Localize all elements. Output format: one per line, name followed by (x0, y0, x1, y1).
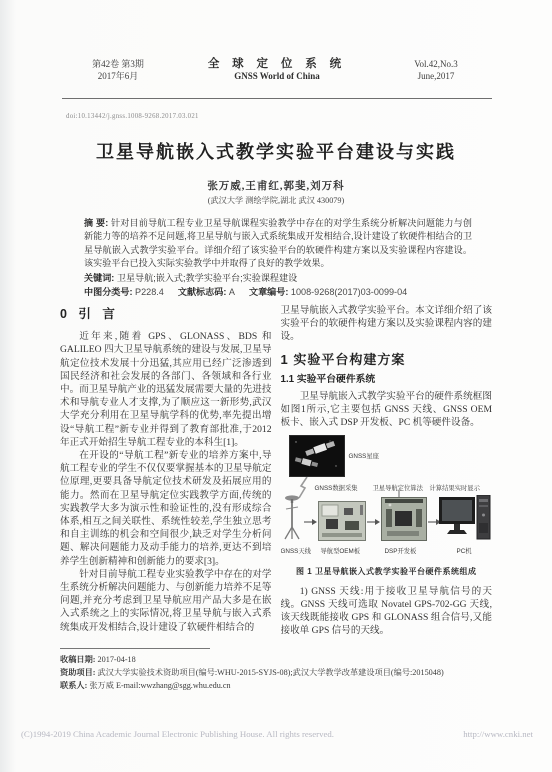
received-value: 2017-04-18 (98, 655, 136, 664)
arrow-antenna-to-oem (304, 518, 317, 526)
article-title: 卫星导航嵌入式教学实验平台建设与实践 (40, 138, 512, 164)
volume-issue-cn: 第42卷 第3期 (62, 58, 174, 70)
abstract-paragraph: 摘 要: 针对目前导航工程专业卫星导航课程实验教学中存在的对学生系统分析解决问题… (84, 217, 472, 271)
copyright-text: (C)1994-2019 China Academic Journal Elec… (21, 729, 334, 739)
device-label-oem: 导航型OEM板 (321, 545, 361, 558)
header-divider-rule (62, 98, 492, 99)
journal-name-en: GNSS World of China (174, 71, 380, 82)
funding-value: 武汉大学实验技术资助项目(编号:WHU-2015-SYJS-08);武汉大学教学… (98, 668, 444, 677)
keywords-label: 关键词: (84, 273, 114, 283)
abstract-label: 摘 要: (84, 218, 108, 228)
contact-label: 联系人: (60, 681, 87, 690)
gnss-constellation-photo (289, 435, 345, 477)
doc-code-pair: 文献标志码: A (178, 286, 235, 299)
page-footer: (C)1994-2019 China Academic Journal Elec… (21, 729, 533, 739)
volume-issue-en: Vol.42,No.3 (380, 58, 492, 70)
arrow-oem-to-dsp (367, 518, 380, 526)
funding-label: 资助项目: (60, 668, 95, 677)
contact-line: 联系人: 张万威 E-mail:wwzhang@sgg.whu.edu.cn (60, 679, 494, 692)
item-1-paragraph: 1) GNSS 天线:用于接收卫星导航信号的天线。GNSS 天线可选取 Nova… (281, 585, 493, 638)
article-affiliation: (武汉大学 测绘学院,湖北 武汉 430079) (40, 195, 512, 206)
flow-label-display: 计算结果实时显示 (430, 482, 480, 495)
header-volume-block: 第42卷 第3期 2017年6月 (62, 58, 174, 82)
clc-value: P228.4 (135, 287, 164, 297)
body-columns: 0 引 言 近年来,随着 GPS、GLONASS、BDS 和 GALILEO 四… (60, 304, 492, 646)
article-authors: 张万威,王甫红,郭斐,刘万科 (40, 178, 512, 193)
contact-value: 张万威 E-mail:wwzhang@sgg.whu.edu.cn (89, 681, 230, 690)
footnote-divider (60, 648, 210, 649)
date-en: June,2017 (380, 70, 492, 82)
article-no-label: 文章编号: (249, 287, 288, 297)
header-vol-en-block: Vol.42,No.3 June,2017 (380, 58, 492, 82)
doi-line: doi:10.13442/j.gnss.1008-9268.2017.03.02… (66, 113, 199, 120)
abstract-block: 摘 要: 针对目前导航工程专业卫星导航课程实验教学中存在的对学生系统分析解决问题… (84, 217, 472, 299)
intro-paragraph-3: 针对目前导航工程专业实验教学中存在的对学生系统分析解决问题能力、与创新能力培养不… (60, 568, 272, 634)
pc-image (439, 495, 491, 543)
left-column: 0 引 言 近年来,随着 GPS、GLONASS、BDS 和 GALILEO 四… (60, 304, 272, 646)
scanned-paper-page: 第42卷 第3期 2017年6月 全 球 定 位 系 统 GNSS World … (0, 0, 552, 772)
article-no-pair: 文章编号: 1008-9268(2017)03-0099-04 (249, 286, 407, 299)
journal-name-cn: 全 球 定 位 系 统 (174, 58, 380, 71)
doc-code-value: A (229, 287, 235, 297)
constellation-label: GNSS星座 (349, 450, 379, 463)
section-1-heading: 1 实验平台构建方案 (281, 353, 493, 366)
article-no-value: 1008-9268(2017)03-0099-04 (291, 287, 407, 297)
keywords-text: 卫星导航;嵌入式;教学实验平台;实验课程建设 (117, 273, 297, 283)
footnote-block: 收稿日期: 2017-04-18 资助项目: 武汉大学实验技术资助项目(编号:W… (60, 648, 494, 692)
clc-label: 中图分类号: (84, 287, 133, 297)
doc-code-label: 文献标志码: (178, 287, 227, 297)
flow-label-data-collect: GNSS数据采集 (315, 482, 358, 495)
right-column: 卫星导航嵌入式教学实验平台。本文详细介绍了该实验平台的软硬件构建方案以及实验课程… (281, 304, 493, 646)
device-label-dsp: DSP开发板 (385, 545, 417, 558)
gnss-antenna-icon (281, 493, 303, 541)
cnki-url: http://www.cnki.net (463, 729, 533, 739)
classification-line: 中图分类号: P228.4 文献标志码: A 文章编号: 1008-9268(2… (84, 286, 472, 299)
device-label-antenna: GNSS天线 (281, 545, 311, 558)
continuation-paragraph: 卫星导航嵌入式教学实验平台。本文详细介绍了该实验平台的软硬件构建方案以及实验课程… (281, 304, 493, 344)
device-label-pc: PC机 (457, 545, 472, 558)
intro-paragraph-2: 在开设的“导航工程”新专业的培养方案中,导航工程专业的学生不仅仅要掌握基本的卫星… (60, 449, 272, 568)
received-label: 收稿日期: (60, 655, 95, 664)
journal-header: 第42卷 第3期 2017年6月 全 球 定 位 系 统 GNSS World … (62, 58, 492, 82)
figure-1: GNSS星座 GNSS数据采集 卫星导航定位算法 计算结果实时显示 (281, 435, 491, 559)
dsp-board-image (381, 497, 427, 541)
section-0-heading: 0 引 言 (60, 308, 272, 321)
received-date-line: 收稿日期: 2017-04-18 (60, 653, 494, 666)
clc-pair: 中图分类号: P228.4 (84, 286, 164, 299)
funding-line: 资助项目: 武汉大学实验技术资助项目(编号:WHU-2015-SYJS-08);… (60, 666, 494, 679)
section-1-1-heading: 1.1 实验平台硬件系统 (281, 373, 493, 386)
abstract-text: 针对目前导航工程专业卫星导航课程实验教学中存在的对学生系统分析解决问题能力与创新… (84, 218, 472, 268)
journal-name-block: 全 球 定 位 系 统 GNSS World of China (174, 58, 380, 82)
keywords-line: 关键词: 卫星导航;嵌入式;教学实验平台;实验课程建设 (84, 272, 472, 285)
oem-board-image (318, 501, 366, 541)
date-cn: 2017年6月 (62, 70, 174, 82)
intro-paragraph-1: 近年来,随着 GPS、GLONASS、BDS 和 GALILEO 四大卫星导航系… (60, 330, 272, 449)
satellites-image (290, 436, 342, 474)
section-1-1-paragraph: 卫星导航嵌入式教学实验平台的硬件系统框图如图1所示,它主要包括 GNSS 天线、… (281, 390, 493, 430)
figure-1-caption: 图 1 卫星导航嵌入式教学实验平台硬件系统组成 (281, 565, 493, 578)
